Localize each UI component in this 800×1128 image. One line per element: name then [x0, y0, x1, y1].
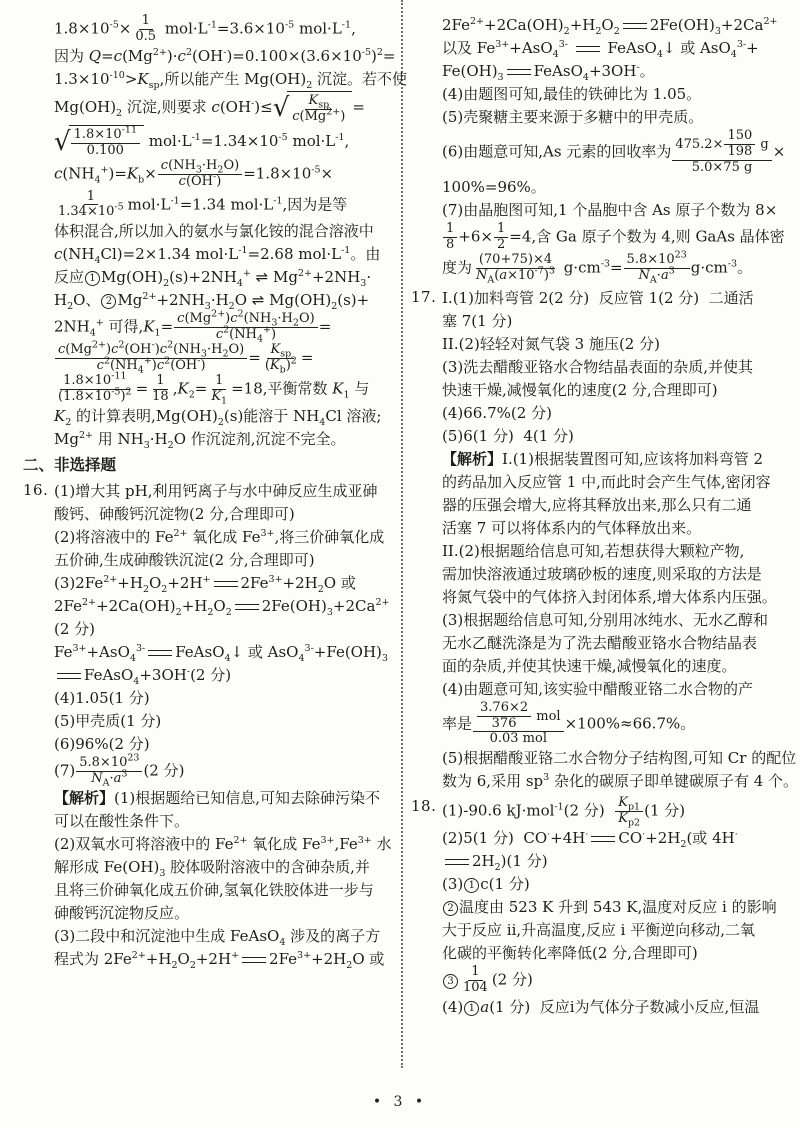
text-line: 无水乙醚洗涤是为了洗去醋酸亚铬水合物结晶表 — [442, 632, 794, 655]
text-line: 将氮气袋中的气体挤入封闭体系,增大体系内压强。 — [442, 586, 794, 609]
right-column: 2Fe2++2Ca(OH)2+H2O22Fe(OH)3+2Ca2+以及 Fe3+… — [442, 14, 794, 1022]
text-line: 18+6×12=4,含 Ga 原子个数为 4,则 GaAs 晶体密 — [442, 222, 794, 253]
text-line: (2)5(1 分) CO·+4H·CO·+2H2(或 4H· — [442, 827, 794, 850]
text-line: (3)1c(1 分) — [442, 873, 794, 896]
text-line: 因为 Q=c(Mg2+)·c2(OH-)=0.100×(3.6×10-5)2= — [54, 45, 398, 68]
text-line: Fe3++AsO43-FeAsO4↓ 或 AsO43-+Fe(OH)3 — [54, 641, 398, 664]
text-line: II.(2)轻轻对氮气袋 3 施压(2 分) — [442, 333, 794, 356]
text-line: 酸钙、砷酸钙沉淀物(2 分,合理即可) — [54, 503, 398, 526]
text-line: c(NH4+)=Kb×c(NH3·H2O)c(OH-)=1.8×10-5× — [54, 159, 398, 190]
text-line: (4)由题意可知,该实验中醋酸亚铬二水合物的产 — [442, 678, 794, 701]
text-line: 率是3.76×2376 mol0.03 mol×100%≈66.7%。 — [442, 701, 794, 748]
question-number: 18. — [411, 797, 436, 815]
text-line: 2NH4+ 可得,K1=c(Mg2+)c2(NH3·H2O)c2(NH4+)= — [54, 312, 398, 343]
text-line: 31104(2 分) — [442, 965, 794, 996]
text-line: 大于反应 ii,升高温度,反应 i 平衡逆向移动,二氧 — [442, 919, 794, 942]
text-line: √1.8×10-110.100 mol·L-1=1.34×10-5 mol·L-… — [54, 125, 398, 159]
question-number: 16. — [23, 481, 48, 499]
text-line: (5)甲壳质(1 分) — [54, 710, 398, 733]
text-line: c(NH4Cl)=2×1.34 mol·L-1=2.68 mol·L-1。由 — [54, 243, 398, 266]
text-line: Fe(OH)3FeAsO4+3OH-。 — [442, 60, 794, 83]
text-line: Mg2+ 用 NH3·H2O 作沉淀剂,沉淀不完全。 — [54, 428, 398, 451]
text-line: 活塞 7 可以将体系内的气体释放出来。 — [442, 517, 794, 540]
text-line: 11.34×10-5mol·L-1=1.34 mol·L-1,因为是等 — [54, 190, 398, 221]
text-line: (5)壳聚糖主要来源于多糖中的甲壳质。 — [442, 106, 794, 129]
text-line: (3)2Fe2++H2O2+2H+2Fe3++2H2O 或 — [54, 572, 398, 595]
text-line: H2O、2Mg2++2NH3·H2O ⇌ Mg(OH)2(s)+ — [54, 289, 398, 312]
left-column: 1.8×10-5×10.5 mol·L-1=3.6×10-5 mol·L-1,因… — [54, 14, 398, 974]
text-line: 【解析】I.(1)根据装置图可知,应该将加料弯管 2 — [442, 448, 794, 471]
text-line: 2Fe2++2Ca(OH)2+H2O22Fe(OH)3+2Ca2+ — [54, 595, 398, 618]
text-line: II.(2)根据题给信息可知,若想获得大颗粒产物, — [442, 540, 794, 563]
text-line: 以及 Fe3++AsO43- FeAsO4↓ 或 AsO43-+ — [442, 37, 794, 60]
text-line: 快速干燥,减慢氧化的速度(2 分,合理即可) — [442, 379, 794, 402]
text-line: Mg(OH)2 沉淀,则要求 c(OH-)≤√Kspc(Mg2+)= — [54, 91, 398, 125]
text-line: (2 分) — [54, 618, 398, 641]
text-line: (2)双氧水可将溶液中的 Fe2+ 氧化成 Fe3+,Fe3+ 水 — [54, 833, 398, 856]
text-line: 且将三价砷氧化成五价砷,氢氧化铁胶体进一步与 — [54, 879, 398, 902]
text-line: 2H2)(1 分) — [442, 850, 794, 873]
text-line: (1)增大其 pH,利用钙离子与水中砷反应生成亚砷 — [54, 480, 398, 503]
text-line: 数为 6,采用 sp3 杂化的碳原子即单键碳原子有 4 个。 — [442, 770, 794, 793]
answer-17: 17.I.(1)加料弯管 2(2 分) 反应管 1(2 分) 二通活塞 7(1 … — [442, 287, 794, 794]
q15-solution-continuation: 1.8×10-5×10.5 mol·L-1=3.6×10-5 mol·L-1,因… — [54, 14, 398, 451]
text-line: 1.8×10-5×10.5 mol·L-1=3.6×10-5 mol·L-1, — [54, 14, 398, 45]
text-line: 砷酸钙沉淀物反应。 — [54, 902, 398, 925]
text-line: 1.8×10-11(1.8×10-5)2=118,K2=1K1=18,平衡常数 … — [54, 374, 398, 405]
text-line: 化碳的平衡转化率降低(2 分,合理即可) — [442, 942, 794, 965]
answer-18: 18.(1)-90.6 kJ·mol-1(2 分) Kp1Kp2(1 分)(2)… — [442, 796, 794, 1019]
text-line: c(Mg2+)c2(OH-)c2(NH3·H2O)c2(NH4+)c2(OH-)… — [54, 343, 398, 374]
text-line: 度为(70+75)×4NA(a×10-7)3 g·cm-3=5.8×1023NA… — [442, 253, 794, 284]
text-line: I.(1)加料弯管 2(2 分) 反应管 1(2 分) 二通活 — [442, 287, 794, 310]
text-line: 二、非选择题 — [23, 454, 398, 477]
question-number: 17. — [411, 288, 436, 306]
scanned-answer-page: 1.8×10-5×10.5 mol·L-1=3.6×10-5 mol·L-1,因… — [0, 0, 800, 1128]
text-line: 五价砷,生成砷酸铁沉淀(2 分,合理即可) — [54, 549, 398, 572]
text-line: (7)5.8×1023NA·a3(2 分) — [54, 756, 398, 787]
text-line: 2温度由 523 K 升到 543 K,温度对反应 i 的影响 — [442, 896, 794, 919]
text-line: (5)6(1 分) 4(1 分) — [442, 425, 794, 448]
text-line: (2)将溶液中的 Fe2+ 氧化成 Fe3+,将三价砷氧化成 — [54, 526, 398, 549]
text-line: K2 的计算表明,Mg(OH)2(s)能溶于 NH4Cl 溶液; — [54, 405, 398, 428]
text-line: 塞 7(1 分) — [442, 310, 794, 333]
answer-16: 16.(1)增大其 pH,利用钙离子与水中砷反应生成亚砷酸钙、砷酸钙沉淀物(2 … — [54, 480, 398, 971]
text-line: 【解析】(1)根据题给已知信息,可知去除砷污染不 — [54, 787, 398, 810]
text-line: 解形成 Fe(OH)3 胶体吸附溶液中的含砷杂质,并 — [54, 856, 398, 879]
text-line: (4)1a(1 分) 反应i为气体分子数减小反应,恒温 — [442, 996, 794, 1019]
column-divider — [401, 0, 403, 1068]
text-line: (4)1.05(1 分) — [54, 687, 398, 710]
text-line: 1.3×10-10>Ksp,所以能产生 Mg(OH)2 沉淀。若不使 — [54, 68, 398, 91]
text-line: (5)根据醋酸亚铬二水合物分子结构图,可知 Cr 的配位 — [442, 747, 794, 770]
text-line: (3)洗去醋酸亚铬水合物结晶表面的杂质,并使其 — [442, 356, 794, 379]
text-line: 面的杂质,并使其快速干燥,减慢氧化的速度。 — [442, 655, 794, 678]
text-line: (6)由题意可知,As 元素的回收率为475.2×150198 g5.0×75 … — [442, 129, 794, 176]
text-line: 器的压强会增大,应将其释放出来,那么只有二通 — [442, 494, 794, 517]
text-line: 体积混合,所以加入的氨水与氯化铵的混合溶液中 — [54, 220, 398, 243]
text-line: FeAsO4+3OH-(2 分) — [54, 664, 398, 687]
text-line: 100%=96%。 — [442, 176, 794, 199]
text-line: (1)-90.6 kJ·mol-1(2 分) Kp1Kp2(1 分) — [442, 796, 794, 827]
text-line: (3)二段中和沉淀池中生成 FeAsO4 涉及的离子方 — [54, 925, 398, 948]
text-line: (4)由题图可知,最佳的铁砷比为 1.05。 — [442, 83, 794, 106]
page-number: • 3 • — [0, 1094, 800, 1110]
text-line: 2Fe2++2Ca(OH)2+H2O22Fe(OH)3+2Ca2+ — [442, 14, 794, 37]
text-line: 反应1Mg(OH)2(s)+2NH4+ ⇌ Mg2++2NH3· — [54, 266, 398, 289]
text-line: 的药品加入反应管 1 中,而此时会产生气体,密闭容 — [442, 471, 794, 494]
answer-16-continuation: 2Fe2++2Ca(OH)2+H2O22Fe(OH)3+2Ca2+以及 Fe3+… — [442, 14, 794, 284]
text-line: (7)由晶胞图可知,1 个晶胞中含 As 原子个数为 8× — [442, 199, 794, 222]
text-line: (4)66.7%(2 分) — [442, 402, 794, 425]
section-heading: 二、非选择题 — [54, 454, 398, 477]
text-line: 可以在酸性条件下。 — [54, 810, 398, 833]
text-line: (3)根据题给信息可知,分别用冰纯水、无水乙醇和 — [442, 609, 794, 632]
text-line: 程式为 2Fe2++H2O2+2H+2Fe3++2H2O 或 — [54, 948, 398, 971]
text-line: (6)96%(2 分) — [54, 733, 398, 756]
text-line: 需加快溶液通过玻璃砂板的速度,则采取的方法是 — [442, 563, 794, 586]
